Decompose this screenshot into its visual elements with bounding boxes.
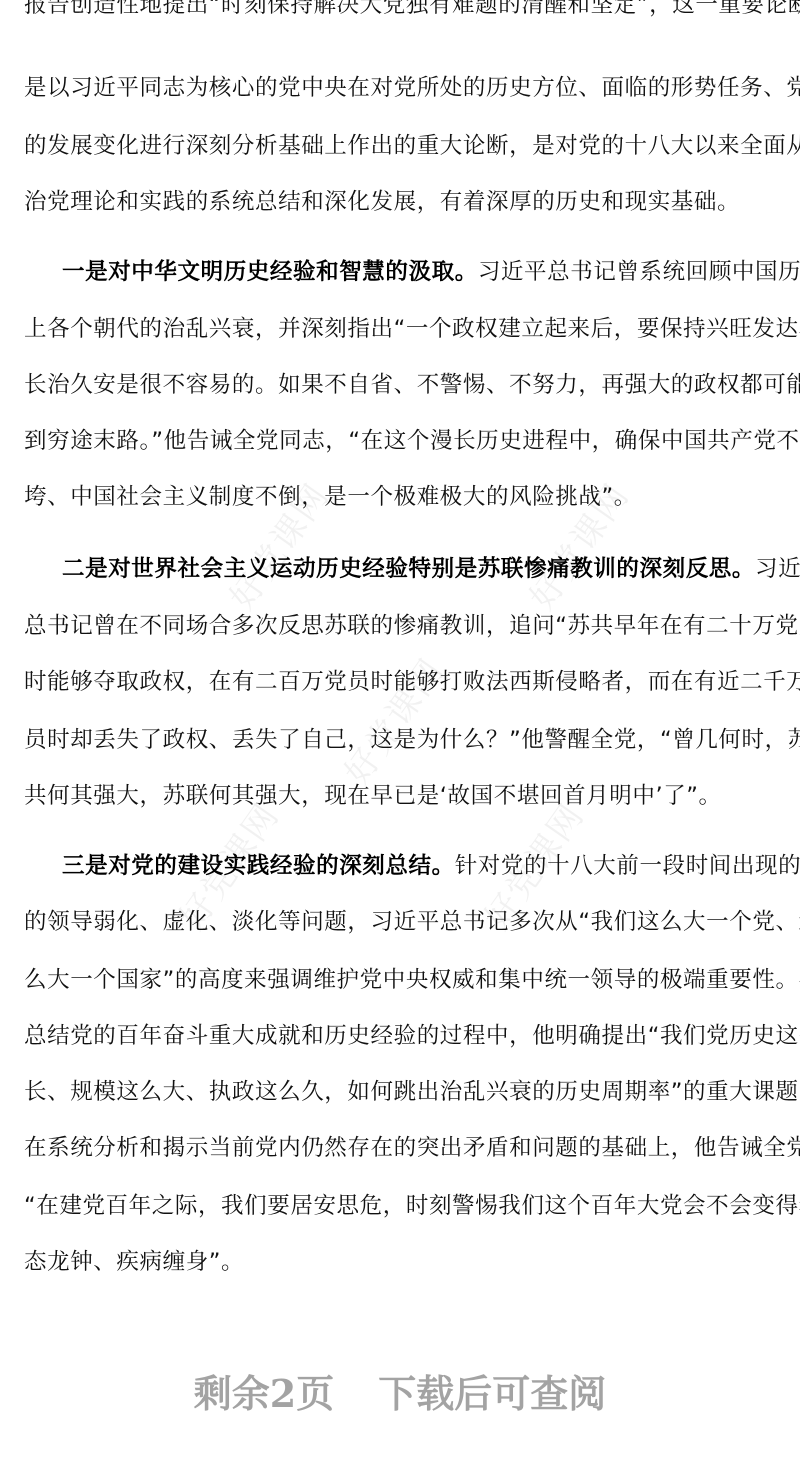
body-text: 针对党的十八大前一段时间出现的党 (455, 853, 800, 879)
body-text: 在系统分析和揭示当前党内仍然存在的突出矛盾和问题的基础上，他告诫全党， (24, 1135, 800, 1161)
text-line: 总结党的百年奋斗重大成就和历史经验的过程中，他明确提出“我们党历史这么 (24, 1021, 784, 1051)
body-text: 垮、中国社会主义制度不倒，是一个极难极大的风险挑战”。 (24, 484, 637, 510)
text-line: 长、规模这么大、执政这么久，如何跳出治乱兴衰的历史周期率”的重大课题， (24, 1077, 784, 1107)
paragraph-heading-line: 三是对党的建设实践经验的深刻总结。针对党的十八大前一段时间出现的党 (62, 851, 784, 881)
body-text: 共何其强大，苏联何其强大，现在早已是‘故国不堪回首月明中’了”。 (24, 783, 722, 809)
body-text: 时能够夺取政权，在有二百万党员时能够打败法西斯侵略者，而在有近二千万党 (24, 669, 800, 695)
text-line: 的领导弱化、虚化、淡化等问题，习近平总书记多次从“我们这么大一个党、这 (24, 907, 784, 937)
body-text: 总结党的百年奋斗重大成就和历史经验的过程中，他明确提出“我们党历史这么 (24, 1023, 800, 1049)
paragraph-heading-line: 一是对中华文明历史经验和智慧的汲取。习近平总书记曾系统回顾中国历史 (62, 257, 784, 287)
body-text: 是以习近平同志为核心的党中央在对党所处的历史方位、面临的形势任务、党情 (24, 75, 800, 101)
text-line: 态龙钟、疾病缠身”。 (24, 1247, 784, 1277)
body-text: “在建党百年之际，我们要居安思危，时刻警惕我们这个百年大党会不会变得老 (24, 1193, 800, 1219)
document-page: 好党课网 好党课网 好党课网 好党课网 好党课网 报告创造性地提出“时刻保持解决… (0, 0, 800, 1470)
text-line: 长治久安是很不容易的。如果不自省、不警惕、不努力，再强大的政权都可能走 (24, 370, 784, 400)
text-line: 是以习近平同志为核心的党中央在对党所处的历史方位、面临的形势任务、党情 (24, 73, 784, 103)
text-line: 总书记曾在不同场合多次反思苏联的惨痛教训，追问“苏共早年在有二十万党员 (24, 611, 784, 641)
text-line: 垮、中国社会主义制度不倒，是一个极难极大的风险挑战”。 (24, 482, 784, 512)
text-line: 员时却丢失了政权、丢失了自己，这是为什么？”他警醒全党，“曾几何时，苏 (24, 725, 784, 755)
bold-heading: 三是对党的建设实践经验的深刻总结。 (62, 853, 455, 879)
download-prompt-banner[interactable]: 剩余2页下载后可查阅 (0, 1366, 800, 1422)
text-line: 时能够夺取政权，在有二百万党员时能够打败法西斯侵略者，而在有近二千万党 (24, 667, 784, 697)
body-text: 报告创造性地提出“时刻保持解决大党独有难题的清醒和坚定”，这一重要论断 (24, 0, 800, 18)
body-text: 上各个朝代的治乱兴衰，并深刻指出“一个政权建立起来后，要保持兴旺发达、 (24, 316, 800, 342)
text-line: 上各个朝代的治乱兴衰，并深刻指出“一个政权建立起来后，要保持兴旺发达、 (24, 314, 784, 344)
text-line: “在建党百年之际，我们要居安思危，时刻警惕我们这个百年大党会不会变得老 (24, 1191, 784, 1221)
remaining-pages-label: 剩余2页 (194, 1366, 334, 1422)
text-line: 到穷途末路。”他告诫全党同志，“在这个漫长历史进程中，确保中国共产党不 (24, 426, 784, 456)
body-text: 总书记曾在不同场合多次反思苏联的惨痛教训，追问“苏共早年在有二十万党员 (24, 613, 800, 639)
download-to-view-label[interactable]: 下载后可查阅 (378, 1366, 606, 1422)
body-text: 态龙钟、疾病缠身”。 (24, 1249, 244, 1275)
body-text: 的发展变化进行深刻分析基础上作出的重大论断，是对党的十八大以来全面从严 (24, 133, 800, 159)
bold-heading: 二是对世界社会主义运动历史经验特别是苏联惨痛教训的深刻反思。 (62, 556, 755, 582)
body-text: 习近平总书记曾系统回顾中国历史 (478, 259, 800, 285)
text-line: 治党理论和实践的系统总结和深化发展，有着深厚的历史和现实基础。 (24, 187, 784, 217)
text-line: 么大一个国家”的高度来强调维护党中央权威和集中统一领导的极端重要性。在 (24, 965, 784, 995)
text-line: 的发展变化进行深刻分析基础上作出的重大论断，是对党的十八大以来全面从严 (24, 131, 784, 161)
body-text: 长治久安是很不容易的。如果不自省、不警惕、不努力，再强大的政权都可能走 (24, 372, 800, 398)
paragraph-heading-line: 二是对世界社会主义运动历史经验特别是苏联惨痛教训的深刻反思。习近平 (62, 554, 784, 584)
text-line: 报告创造性地提出“时刻保持解决大党独有难题的清醒和坚定”，这一重要论断 (24, 0, 784, 20)
body-text: 长、规模这么大、执政这么久，如何跳出治乱兴衰的历史周期率”的重大课题， (24, 1079, 800, 1105)
body-text: 到穷途末路。”他告诫全党同志，“在这个漫长历史进程中，确保中国共产党不 (24, 428, 800, 454)
text-line: 共何其强大，苏联何其强大，现在早已是‘故国不堪回首月明中’了”。 (24, 781, 784, 811)
body-text: 习近平 (755, 556, 800, 582)
bold-heading: 一是对中华文明历史经验和智慧的汲取。 (62, 259, 478, 285)
body-text: 么大一个国家”的高度来强调维护党中央权威和集中统一领导的极端重要性。在 (24, 967, 800, 993)
text-line: 在系统分析和揭示当前党内仍然存在的突出矛盾和问题的基础上，他告诫全党， (24, 1133, 784, 1163)
body-text: 治党理论和实践的系统总结和深化发展，有着深厚的历史和现实基础。 (24, 189, 740, 215)
body-text: 的领导弱化、虚化、淡化等问题，习近平总书记多次从“我们这么大一个党、这 (24, 909, 800, 935)
body-text: 员时却丢失了政权、丢失了自己，这是为什么？”他警醒全党，“曾几何时，苏 (24, 727, 800, 753)
